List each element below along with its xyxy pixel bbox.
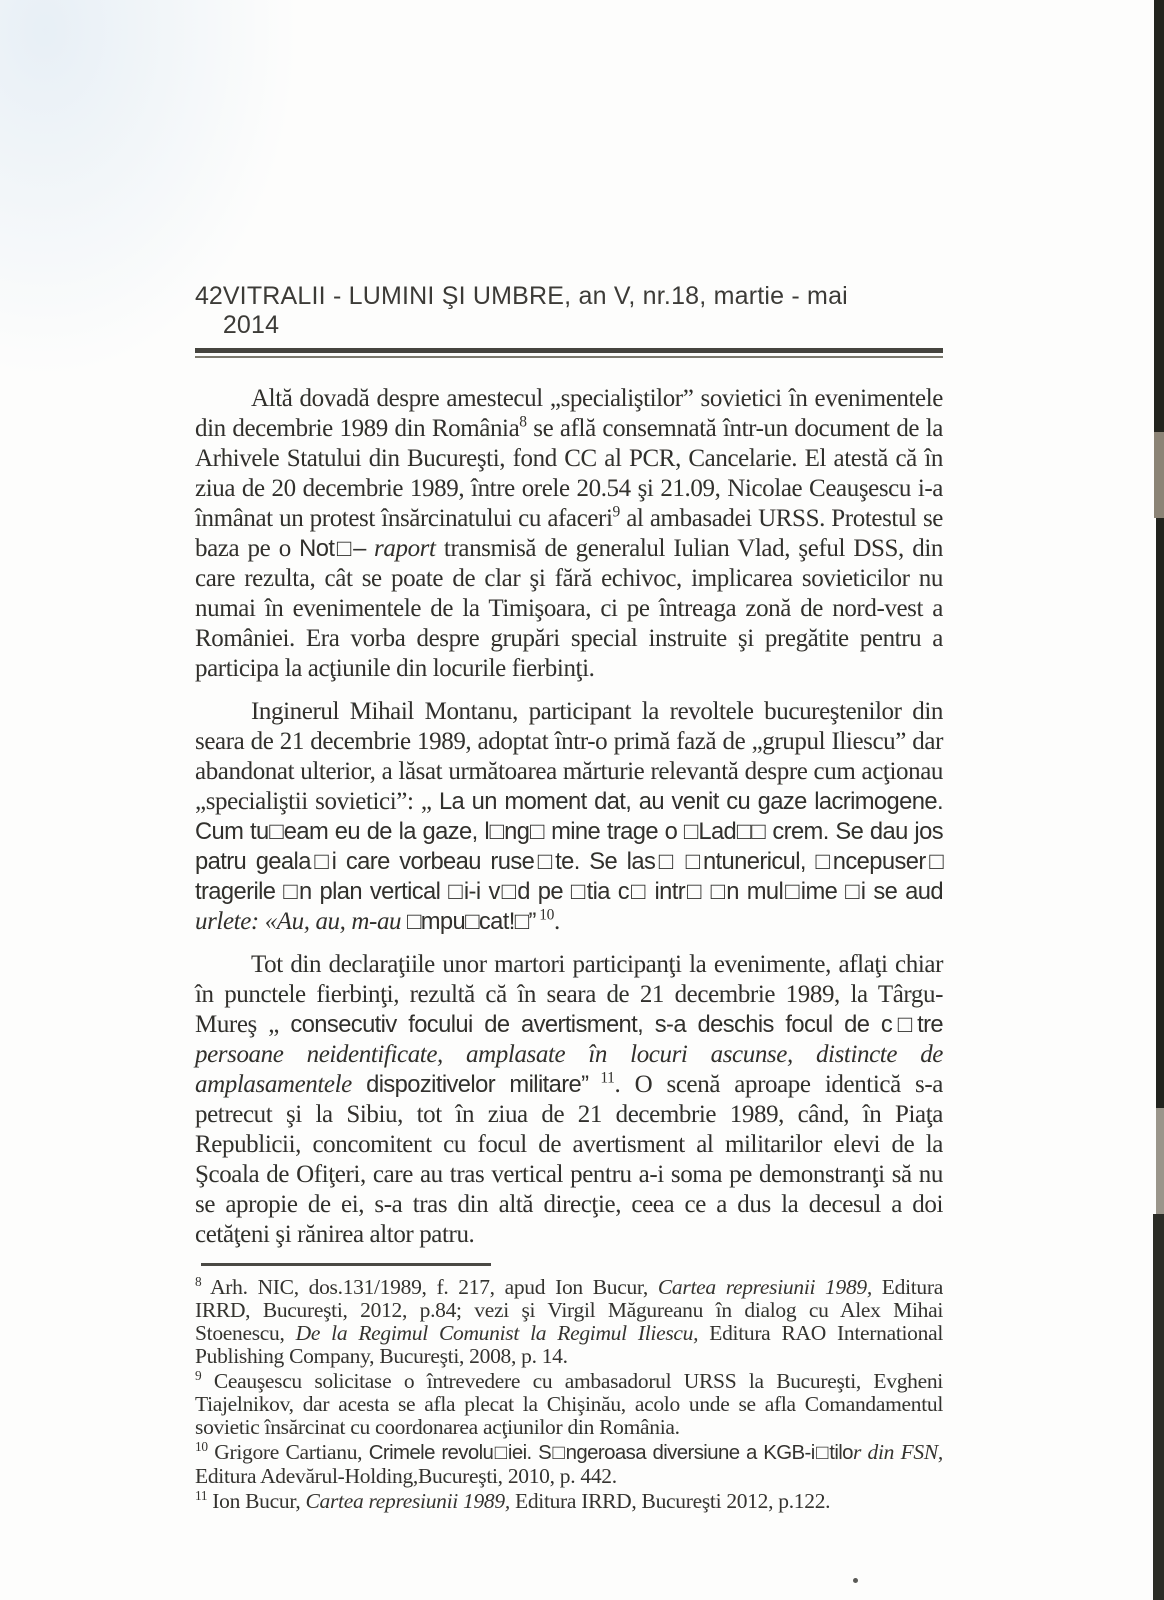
page-header: 42 VITRALII - LUMINI ŞI UMBRE, an V, nr.… bbox=[195, 282, 943, 340]
journal-header-title: VITRALII - LUMINI ŞI UMBRE, an V, nr.18,… bbox=[223, 282, 905, 340]
text-run: 8 bbox=[519, 414, 526, 431]
scan-edge-artifact bbox=[1154, 0, 1164, 432]
text-run: dispozitivelor militare” bbox=[366, 1071, 588, 1098]
header-divider-rule bbox=[195, 348, 943, 358]
text-run: □mpu□cat!□” bbox=[407, 908, 536, 935]
scanned-document-page: 42 VITRALII - LUMINI ŞI UMBRE, an V, nr.… bbox=[0, 0, 1164, 1600]
text-run: 10 bbox=[536, 907, 554, 924]
scan-edge-artifact bbox=[1154, 432, 1164, 518]
text-run: 10 bbox=[195, 1439, 208, 1454]
text-run: Cartea represiunii 1989, bbox=[305, 1489, 509, 1513]
text-run: 9 bbox=[613, 504, 620, 521]
page-number: 42 bbox=[195, 282, 223, 311]
footnote-11: 11 Ion Bucur, Cartea represiunii 1989, E… bbox=[195, 1490, 943, 1513]
text-run: 11 bbox=[588, 1070, 614, 1087]
scan-edge-artifact bbox=[1156, 1108, 1164, 1214]
text-run: urlete: «Au, au, m-au bbox=[195, 908, 407, 935]
scan-edge-artifact bbox=[1153, 1214, 1164, 1600]
page-content: 42 VITRALII - LUMINI ŞI UMBRE, an V, nr.… bbox=[195, 282, 943, 1515]
footnote-8: 8 Arh. NIC, dos.131/1989, f. 217, apud I… bbox=[195, 1276, 943, 1368]
text-run: Editura IRRD, Bucureşti 2012, p.122. bbox=[510, 1489, 830, 1513]
text-run: Ceauşescu solicitase o întrevedere cu am… bbox=[195, 1369, 943, 1439]
text-run: Not□– bbox=[299, 535, 366, 562]
text-run: Arh. NIC, dos.131/1989, f. 217, apud Ion… bbox=[201, 1275, 658, 1299]
footnote-10: 10 Grigore Cartianu, Crimele revolu□iei.… bbox=[195, 1441, 943, 1488]
paragraph-1: Altă dovadă despre amestecul „specialişt… bbox=[195, 384, 943, 684]
text-run: . bbox=[554, 908, 560, 935]
footnotes: 8 Arh. NIC, dos.131/1989, f. 217, apud I… bbox=[195, 1276, 943, 1513]
footnote-divider-rule bbox=[201, 1263, 491, 1266]
text-run: Cartea represiunii 1989, bbox=[658, 1275, 872, 1299]
text-run: raport bbox=[366, 535, 436, 562]
footnote-9: 9 Ceauşescu solicitase o întrevedere cu … bbox=[195, 1370, 943, 1439]
text-run: Editura Adevărul-Holding,Bucureşti, 2010… bbox=[195, 1464, 617, 1488]
text-run: consecutiv focului de avertisment, s-a d… bbox=[290, 1011, 943, 1038]
paragraph-2: Inginerul Mihail Montanu, participant la… bbox=[195, 697, 943, 937]
text-run: r din FSN, bbox=[853, 1440, 943, 1464]
text-run: 11 bbox=[195, 1488, 207, 1503]
paragraph-3: Tot din declaraţiile unor martori partic… bbox=[195, 950, 943, 1250]
body-text: Altă dovadă despre amestecul „specialişt… bbox=[195, 384, 943, 1250]
text-run: De la Regimul Comunist la Regimul Iliesc… bbox=[296, 1321, 699, 1345]
text-run: Ion Bucur, bbox=[207, 1489, 305, 1513]
scan-edge-artifact bbox=[1156, 518, 1164, 1108]
scan-speck bbox=[853, 1578, 858, 1583]
text-run: Crimele revolu□iei. S□ngeroasa diversiun… bbox=[369, 1442, 853, 1464]
text-run: Grigore Cartianu, bbox=[208, 1440, 369, 1464]
